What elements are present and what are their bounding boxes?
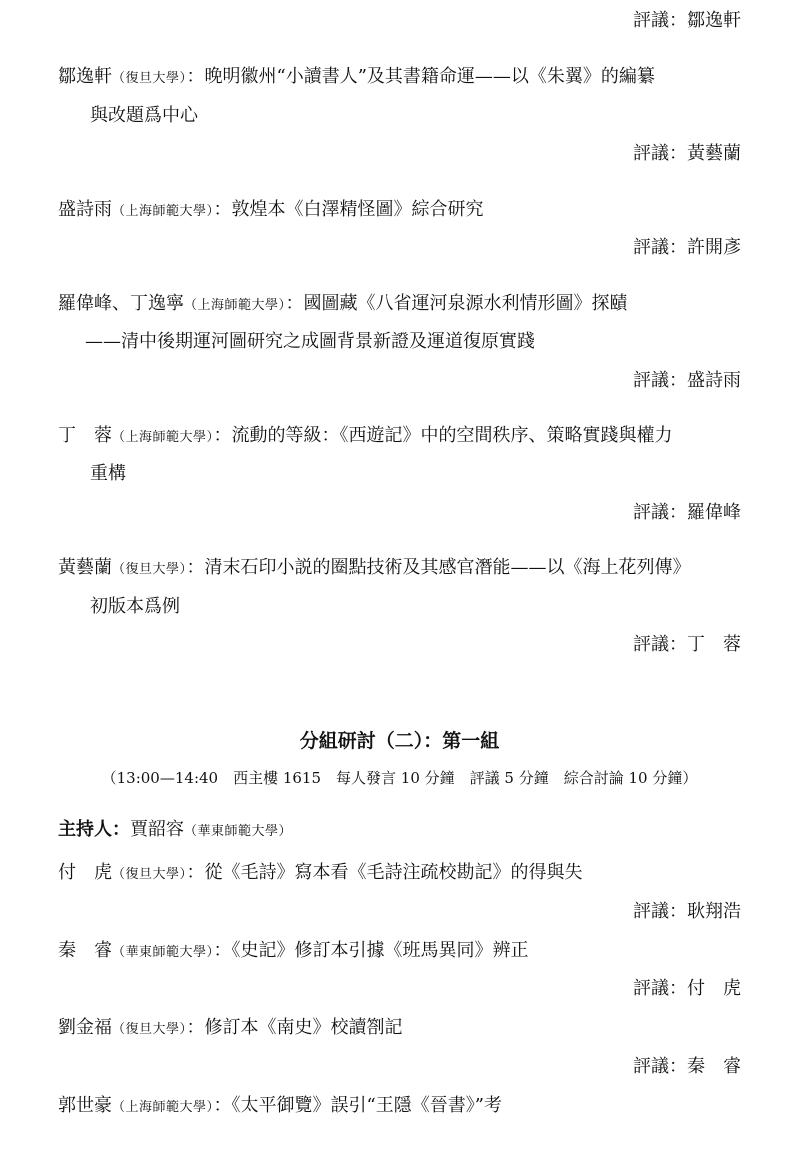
paper-title: 《史記》修訂本引據《班馬異同》辨正 [232, 940, 529, 961]
session-info: （13:00—14:40 西主樓 1615 每人發言 10 分鐘 評議 5 分鐘… [0, 767, 799, 789]
separator: ： [187, 1017, 205, 1038]
speaker-name: 羅偉峰、丁逸寧 [58, 293, 184, 314]
separator: ： [214, 199, 232, 220]
speaker-name: 付 虎 [58, 862, 112, 883]
separator: ： [187, 66, 205, 87]
speaker-name: 盛詩雨 [58, 199, 112, 220]
separator: ： [214, 940, 232, 961]
commentator-line: 評議：秦 睿 [633, 1055, 741, 1079]
separator: ： [187, 557, 205, 578]
paper-title-continuation: ——清中後期運河圖研究之成圖背景新證及運道復原實踐 [85, 330, 535, 354]
commentator-line: 評議：付 虎 [633, 977, 741, 1001]
paper-entry: 鄒逸軒（復旦大學）：晚明徽州“小讀書人”及其書籍命運——以《朱翼》的編纂 [58, 65, 655, 91]
paper-title: 從《毛詩》寫本看《毛詩注疏校勘記》的得與失 [205, 862, 583, 883]
paper-title-continuation: 重構 [90, 462, 126, 486]
separator: ： [286, 293, 304, 314]
session-heading: 分組研討（二）：第一組 [0, 728, 799, 754]
speaker-affiliation: （復旦大學） [112, 71, 187, 86]
paper-title: 清末石印小説的圈點技術及其感官潛能——以《海上花列傳》 [205, 557, 691, 578]
chair-name: 賈韶容 [130, 819, 184, 840]
speaker-affiliation: （復旦大學） [112, 1022, 187, 1037]
commentator-line: 評議：耿翔浩 [633, 900, 741, 924]
paper-entry: 劉金福（復旦大學）：修訂本《南史》校讀劄記 [58, 1016, 403, 1042]
paper-title-continuation: 與改題爲中心 [90, 104, 198, 128]
paper-title-continuation: 初版本爲例 [90, 595, 180, 619]
separator: ： [187, 862, 205, 883]
speaker-name: 秦 睿 [58, 940, 112, 961]
speaker-affiliation: （上海師範大學） [112, 1100, 214, 1115]
paper-title: 流動的等級：《西遊記》中的空間秩序、策略實踐與權力 [232, 425, 673, 446]
speaker-name: 黃藝蘭 [58, 557, 112, 578]
separator: ： [214, 1095, 232, 1116]
paper-entry: 付 虎（復旦大學）：從《毛詩》寫本看《毛詩注疏校勘記》的得與失 [58, 861, 583, 887]
speaker-name: 劉金福 [58, 1017, 112, 1038]
paper-title: 修訂本《南史》校讀劄記 [205, 1017, 403, 1038]
commentator-line: 評議：羅偉峰 [633, 501, 741, 525]
paper-title: 敦煌本《白澤精怪圖》綜合研究 [232, 199, 484, 220]
chair-label: 主持人： [58, 819, 130, 840]
paper-entry: 秦 睿（華東師範大學）：《史記》修訂本引據《班馬異同》辨正 [58, 939, 529, 965]
commentator-line: 評議：丁 蓉 [633, 633, 741, 657]
paper-entry: 郭世豪（上海師範大學）：《太平御覽》誤引“王隱《晉書》”考 [58, 1094, 502, 1120]
paper-title: 晚明徽州“小讀書人”及其書籍命運——以《朱翼》的編纂 [205, 66, 655, 87]
paper-entry: 丁 蓉（上海師範大學）：流動的等級：《西遊記》中的空間秩序、策略實踐與權力 [58, 424, 673, 450]
paper-title: 《太平御覽》誤引“王隱《晉書》”考 [232, 1095, 502, 1116]
speaker-affiliation: （復旦大學） [112, 867, 187, 882]
commentator-line: 評議：盛詩雨 [633, 369, 741, 393]
commentator-line: 評議：黃藝蘭 [633, 142, 741, 166]
speaker-affiliation: （復旦大學） [112, 562, 187, 577]
speaker-name: 郭世豪 [58, 1095, 112, 1116]
speaker-affiliation: （上海師範大學） [112, 204, 214, 219]
speaker-name: 丁 蓉 [58, 425, 112, 446]
chair-affiliation: （華東師範大學） [184, 824, 292, 839]
separator: ： [214, 425, 232, 446]
commentator-line: 評議：鄒逸軒 [633, 9, 741, 33]
speaker-affiliation: （上海師範大學） [184, 298, 286, 313]
session-chair: 主持人：賈韶容（華東師範大學） [58, 818, 292, 844]
commentator-line: 評議：許開彥 [633, 236, 741, 260]
paper-title: 國圖藏《八省運河泉源水利情形圖》探賾 [304, 293, 628, 314]
speaker-affiliation: （華東師範大學） [112, 945, 214, 960]
speaker-affiliation: （上海師範大學） [112, 430, 214, 445]
speaker-name: 鄒逸軒 [58, 66, 112, 87]
paper-entry: 盛詩雨（上海師範大學）：敦煌本《白澤精怪圖》綜合研究 [58, 198, 484, 224]
paper-entry: 黃藝蘭（復旦大學）：清末石印小説的圈點技術及其感官潛能——以《海上花列傳》 [58, 556, 691, 582]
paper-entry: 羅偉峰、丁逸寧（上海師範大學）：國圖藏《八省運河泉源水利情形圖》探賾 [58, 292, 628, 318]
